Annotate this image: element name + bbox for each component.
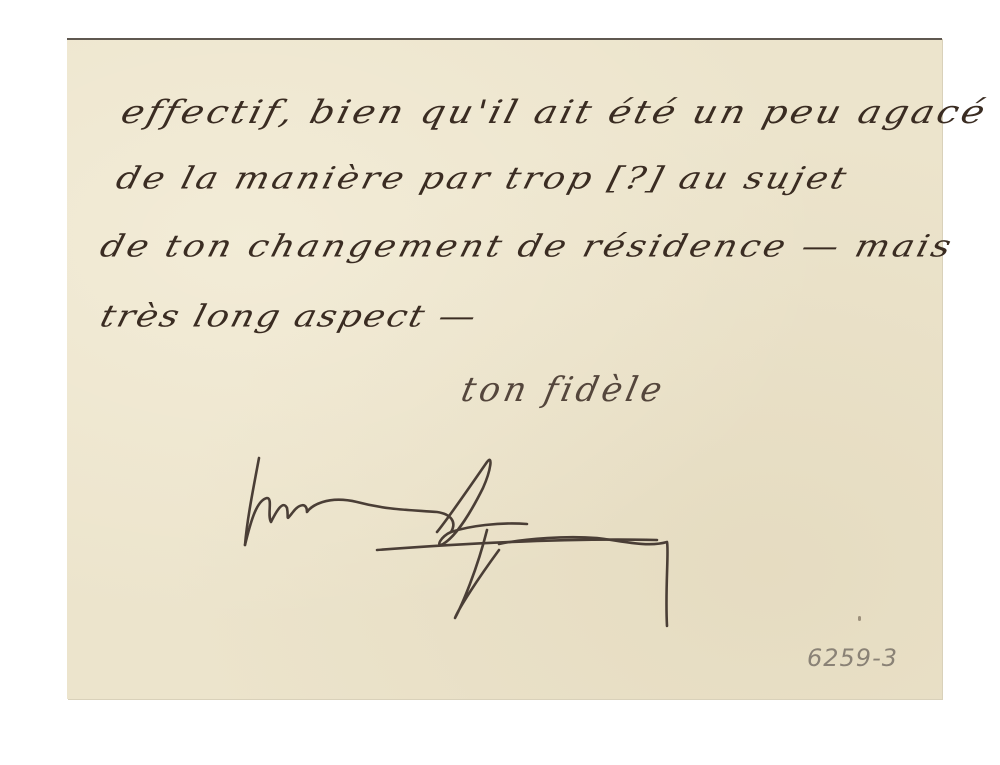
letter-line-4: très long aspect — xyxy=(97,299,482,334)
letter-line-2: de la manière par trop [?] au sujet xyxy=(113,161,853,196)
letter-line-1: effectif, bien qu'il ait été un peu agac… xyxy=(117,93,991,130)
closing-text: ton fidèle xyxy=(458,370,670,410)
handwritten-card: effectif, bien qu'il ait été un peu agac… xyxy=(67,38,942,699)
signature: Hubert Lyautey xyxy=(237,440,707,630)
catalog-number: 6259-3 xyxy=(807,644,898,672)
ink-speck xyxy=(858,616,861,621)
letter-line-3: de ton changement de résidence — mais xyxy=(97,229,958,264)
signature-stroke-icon xyxy=(237,440,707,630)
